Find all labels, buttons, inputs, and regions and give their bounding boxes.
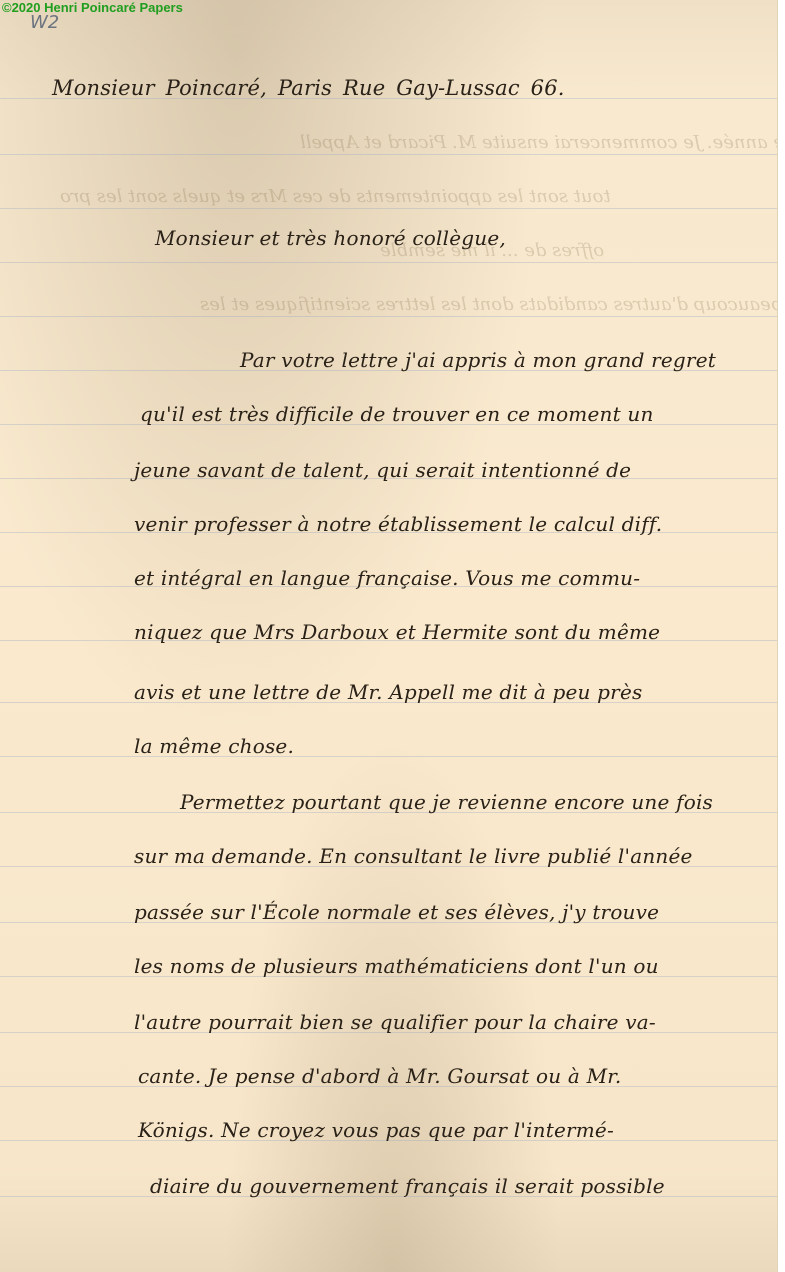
body-line: Permettez pourtant que je revienne encor… [180,790,713,814]
ruled-line [0,208,778,209]
body-line: avis et une lettre de Mr. Appell me dit … [134,680,642,704]
body-line: Königs. Ne croyez vous pas que par l'int… [138,1118,614,1142]
salutation: Monsieur et très honoré collègue, [155,226,506,250]
body-line: niquez que Mrs Darboux et Hermite sont d… [134,620,660,644]
address-line: Monsieur Poincaré, Paris Rue Gay-Lussac … [52,76,565,100]
body-line: les noms de plusieurs mathématiciens don… [134,954,659,978]
archive-mark: W2 [30,12,59,33]
bleed-through-text: beaucoup d'autres candidats dont les let… [200,294,782,315]
paper-edge [777,0,785,1272]
body-line: sur ma demande. En consultant le livre p… [134,844,693,868]
manuscript-page: une année. Je commencerai ensuite M. Pic… [0,0,785,1272]
body-line: l'autre pourrait bien se qualifier pour … [134,1010,656,1034]
body-line: passée sur l'École normale et ses élèves… [134,900,659,924]
ruled-line [0,316,778,317]
body-line: qu'il est très difficile de trouver en c… [140,402,654,426]
body-line: diaire du gouvernement français il serai… [150,1174,665,1198]
bleed-through-text: tout sont les appointements de ces Mrs e… [60,186,611,207]
body-line: la même chose. [134,734,294,758]
body-line: et intégral en langue française. Vous me… [134,566,640,590]
ruled-line [0,154,778,155]
body-line: Par votre lettre j'ai appris à mon grand… [240,348,716,372]
bleed-through-text: une année. Je commencerai ensuite M. Pic… [300,132,785,153]
ruled-line [0,756,778,757]
body-line: cante. Je pense d'abord à Mr. Goursat ou… [138,1064,621,1088]
body-line: venir professer à notre établissement le… [134,512,662,536]
body-line: jeune savant de talent, qui serait inten… [134,458,631,482]
ruled-line [0,262,778,263]
